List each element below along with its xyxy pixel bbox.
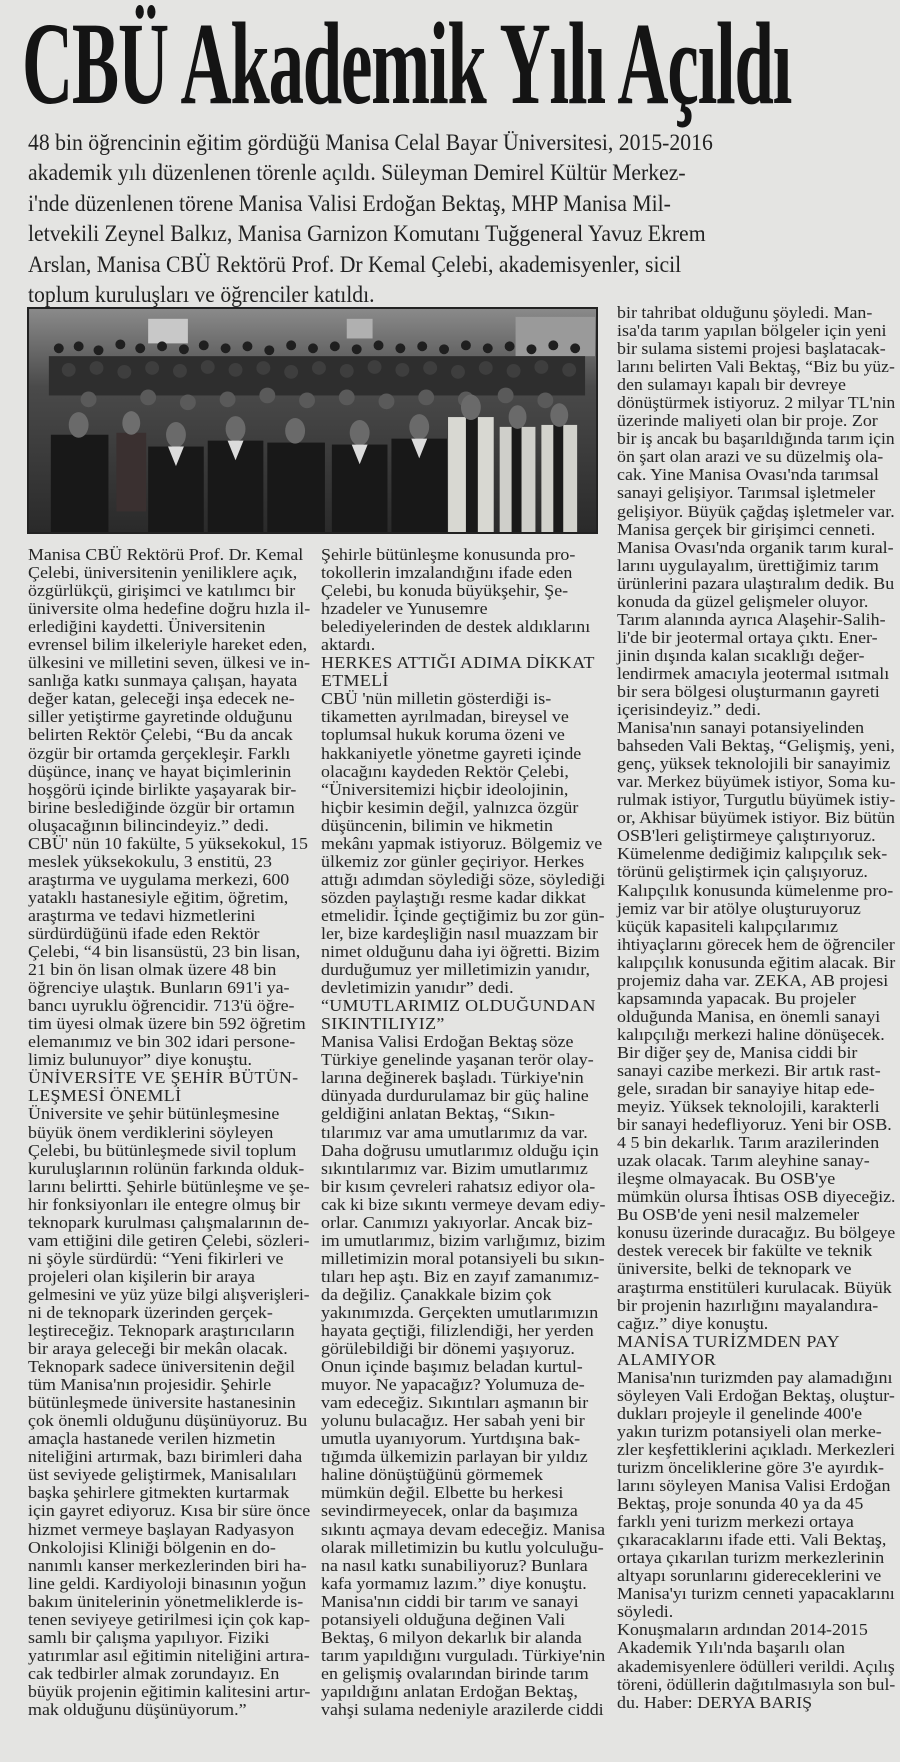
text-line: elemanımız ve bin 302 idari persone- [28, 1033, 333, 1051]
text-line: farklı yeni turizm merkezi ortaya [617, 1513, 900, 1531]
text-line: Teknopark sadece üniversitenin değil [28, 1358, 333, 1376]
text-line: larını uygulayalım, ürettiğimiz tarım [617, 557, 900, 575]
text-line: tim üyesi olmak üzere bin 592 öğretim [28, 1015, 333, 1033]
text-line: belediyelerinden de destek aldıklarını [321, 618, 628, 636]
text-line: CBÜ 'nün milletin gösterdiği is- [321, 690, 628, 708]
text-line: turizm önceliklerine göre 3'e ayırdık- [617, 1459, 900, 1477]
text-line: gelmesini ve yüz yüze bilgi alışverişler… [28, 1286, 323, 1304]
text-line: kuruluşlarının rolünün farkında olduk- [28, 1160, 333, 1178]
text-line: da değiliz. Çanakkale bizim çok [321, 1286, 628, 1304]
text-line: Çelebi, “4 bin lisansüstü, 23 bin lisan, [28, 943, 333, 961]
body-paragraph: Manisa CBÜ Rektörü Prof. Dr. KemalÇelebi… [28, 546, 310, 835]
text-line: “Üniversitemizi hiçbir ideolojinin, [321, 781, 628, 799]
text-line: 4 5 bin dekarlık. Tarım arazilerinden [617, 1134, 900, 1152]
lead-line: 48 bin öğrencinin eğitim gördüğü Manisa … [28, 128, 878, 158]
text-line: Manisa CBÜ Rektörü Prof. Dr. Kemal [28, 546, 333, 564]
text-line: yakınımızda. Gerçekten umutlarımızın [321, 1304, 628, 1322]
text-line: im umutlarımız, bizim varlığımız, bizim [321, 1232, 623, 1250]
text-line: bir sanayi hedefliyoruz. Yeni bir OSB. [617, 1116, 900, 1134]
text-line: ihtiyaçlarını görecek hem de öğrenciler [617, 936, 900, 954]
text-line: bahseden Vali Bektaş, “Gelişmiş, yeni, [617, 737, 900, 755]
body-paragraph: bir tahribat olduğunu şöyledi. Man-isa'd… [617, 304, 895, 719]
text-line: bir iş ancak bu başarıldığında tarım içi… [617, 430, 900, 448]
text-line: belirten Rektör Çelebi, “Bu da ancak [28, 726, 333, 744]
text-line: özgür bir ortamda gerçekleşir. Farklı [28, 745, 333, 763]
lead-line: i'nde düzenlenen törene Manisa Valisi Er… [28, 189, 878, 219]
text-line: söyleyen Vali Erdoğan Bektaş, oluştur- [617, 1387, 900, 1405]
text-line: kalıpçılığı merkezi haline dönüşecek. [617, 1026, 900, 1044]
text-line: araştırma enstitüleri kurulacak. Büyük [617, 1279, 900, 1297]
text-line: niteliğini artırmak, bazı birimleri daha [28, 1448, 333, 1466]
text-line: sanayi cazibe merkezi. Bir artık rast- [617, 1062, 900, 1080]
text-line: tılarımız var ama umutlarımız da var. [321, 1124, 628, 1142]
text-line: olarak milletimizin bu kutlu yolculuğu- [321, 1539, 628, 1557]
ceremony-photo [27, 307, 598, 534]
text-line: düşüncenin, bilimin ve hikmetin [321, 817, 628, 835]
text-line: den sulamayı kapalı bir devreye [617, 376, 900, 394]
column-middle: Şehirle bütünleşme konusunda pro-tokolle… [321, 546, 605, 1719]
text-line: gelişiyor. Büyük çağdaş işletmeler var. [617, 503, 900, 521]
text-line: tenen seviyeye getirilmesi için çok kap- [28, 1611, 329, 1629]
text-line: Çelebi, bu konuda büyükşehir, Şe- [321, 582, 628, 600]
text-line: vam edeceğiz. Sıkıntıları aşmanın bir [321, 1394, 628, 1412]
text-line: geldiğini anlatan Bektaş, “Sıkın- [321, 1105, 628, 1123]
text-line: cağız.” diye konuştu. [617, 1315, 900, 1333]
text-line: yakın turizm potansiyeli olan merke- [617, 1423, 900, 1441]
text-line: larını söyleyen Manisa Valisi Erdoğan [617, 1477, 900, 1495]
text-line: ÜNİVERSİTE VE ŞEHİR BÜTÜN- [28, 1069, 333, 1087]
text-line: limiz bulunuyor” diye konuştu. [28, 1051, 333, 1069]
text-line: konusu üzerinde duracağız. Bu bölgeye [617, 1224, 900, 1242]
text-line: görülebildiği bir dönemi yaşıyoruz. [321, 1340, 628, 1358]
text-line: teknopark kurulması çalışmalarının de- [28, 1214, 333, 1232]
text-line: bir araya geleceği bir mekân olacak. [28, 1340, 333, 1358]
text-line: lendirmek amacıyla jeotermal ısıtmalı [617, 665, 900, 683]
text-line: içerisindeyiz.” dedi. [617, 701, 900, 719]
text-line: vam ettiğini dile getiren Çelebi, sözler… [28, 1232, 328, 1250]
text-line: tığımda ülkemizin parlayan bir yıldız [321, 1448, 628, 1466]
text-line: Manisa Valisi Erdoğan Bektaş söze [321, 1033, 628, 1051]
body-paragraph: Konuşmaların ardından 2014-2015Akademik … [617, 1621, 895, 1711]
text-line: sevindirmeyecek, onlar da başımıza [321, 1502, 628, 1520]
text-line: akademisyenlere ödülleri verildi. Açılış [617, 1658, 900, 1676]
body-paragraph: Manisa'nın ciddi bir tarım ve sanayipota… [321, 1593, 605, 1719]
text-line: ETMELİ [321, 672, 628, 690]
text-line: attığı adımdan söylediği söze, söylediği [321, 871, 628, 889]
text-line: hzadeler ve Yunusemre [321, 600, 628, 618]
text-line: törünü geliştirmek için çalışıyoruz. [617, 863, 900, 881]
text-line: sözden paylaştığı resme kadar dikkat [321, 889, 628, 907]
text-line: haline dönüştüğünü görmemek [321, 1466, 628, 1484]
text-line: cak tedbirler almak zorundayız. En [28, 1665, 333, 1683]
text-line: 21 bin ön lisan olmak üzere 48 bin [28, 961, 333, 979]
text-line: aktardı. [321, 636, 628, 654]
text-line: düşünce, inanç ve hayat biçimlerinin [28, 763, 333, 781]
section-heading: MANİSA TURİZMDEN PAYALAMIYOR [617, 1333, 895, 1369]
text-line: üniversite, belki de teknopark ve [617, 1260, 900, 1278]
text-line: samlı bir çalışma yapılıyor. Fiziki [28, 1629, 333, 1647]
text-line: ler, bize kardeşliğin nasıl muazzam bir [321, 925, 628, 943]
text-line: Manisa'nın sanayi potansiyelinden [617, 719, 900, 737]
text-line: konuda da güzel gelişmeler oluyor. [617, 593, 900, 611]
text-line: oluşacağının bilincindeyiz.” dedi. [28, 817, 333, 835]
text-line: yatırımlar asıl eğitimin niteliğini artı… [28, 1647, 333, 1665]
text-line: ürünlerini pazara ulaştıralım dedik. Bu [617, 575, 900, 593]
text-line: bir sera bölgesi oluşturmanın gayreti [617, 683, 900, 701]
text-line: evrensel bilim ilkeleriyle hareket eden, [28, 636, 333, 654]
ceremony-photo-image [29, 309, 596, 532]
text-line: Üniversite ve şehir bütünleşmesine [28, 1105, 333, 1123]
text-line: dukları projeyle il genelinde 400'e [617, 1405, 900, 1423]
text-line: Manisa gerçek bir girişimci cenneti. [617, 521, 900, 539]
text-line: Manisa Ovası'nda organik tarım kural- [617, 539, 900, 557]
text-line: meyiz. Yüksek teknolojili, karakterli [617, 1098, 900, 1116]
text-line: jinin dışında kalan sıcaklığı değer- [617, 647, 900, 665]
text-line: “UMUTLARIMIZ OLDUĞUNDAN [321, 997, 628, 1015]
text-line: öğrenciye ulaştık. Bunların 691'i ya- [28, 979, 333, 997]
text-line: CBÜ' nün 10 fakülte, 5 yüksekokul, 15 [28, 835, 333, 853]
text-line: vahşi sulama nedeniyle arazilerde ciddi [321, 1701, 628, 1719]
text-line: üniversite olma hedefine doğru hızla il- [28, 600, 332, 618]
text-line: MANİSA TURİZMDEN PAY [617, 1333, 900, 1351]
body-paragraph: CBÜ' nün 10 fakülte, 5 yüksekokul, 15mes… [28, 835, 310, 1070]
body-paragraph: Manisa Valisi Erdoğan Bektaş sözeTürkiye… [321, 1033, 605, 1592]
body-paragraph: CBÜ 'nün milletin gösterdiği is-tikamett… [321, 690, 605, 997]
text-line: araştırma ve uygulama merkezi, 600 [28, 871, 333, 889]
text-line: zler keşfettiklerini açıkladı. Merkezler… [617, 1441, 900, 1459]
text-line: çok önemli olduğunu düşünüyoruz. Bu [28, 1412, 333, 1430]
text-line: Manisa'yı turizm cenneti yapacaklarını [617, 1585, 900, 1603]
text-line: li'de bir jeotermal ortaya çıktı. Ener- [617, 629, 900, 647]
text-line: Çelebi, bu bütünleşmede sivil toplum [28, 1142, 333, 1160]
text-line: ülkesini ve milletini seven, ülkesi ve i… [28, 654, 328, 672]
text-line: Onkolojisi Kliniği bölgenin en do- [28, 1539, 333, 1557]
body-paragraph: Manisa'nın turizmden pay alamadığınısöyl… [617, 1369, 895, 1622]
column-left: Manisa CBÜ Rektörü Prof. Dr. KemalÇelebi… [28, 546, 310, 1719]
lead-line: Arslan, Manisa CBÜ Rektörü Prof. Dr Kema… [28, 250, 878, 280]
text-line: jemiz var bir atölye oluşturuyoruz [617, 900, 900, 918]
text-line: Bektaş, proje sonunda 40 ya da 45 [617, 1495, 900, 1513]
text-line: kalıpçılık konusunda eğitim alacak. Bir [617, 954, 900, 972]
text-line: bütünleşmede üniversite hastanesinin [28, 1394, 333, 1412]
text-line: ni şöyle sürdürdü: “Yeni fikirleri ve [28, 1250, 333, 1268]
section-heading: “UMUTLARIMIZ OLDUĞUNDANSIKINTILIYIZ” [321, 997, 605, 1033]
text-line: bir sulama sistemi projesi başlatacak- [617, 340, 900, 358]
text-line: olacağını kaydeden Rektör Çelebi, [321, 763, 628, 781]
text-line: araştırma ve tedavi hizmetlerini [28, 907, 333, 925]
text-line: larına değinerek başladı. Türkiye'nin [321, 1069, 628, 1087]
text-line: isa'da tarım yapılan bölgeler için yeni [617, 322, 900, 340]
text-line: nanımlı kanser merkezlerinden biri ha- [28, 1557, 333, 1575]
text-line: üst seviyede geliştirmek, Manisalıları [28, 1466, 333, 1484]
text-line: potansiyeli olduğuna değinen Vali [321, 1611, 628, 1629]
text-line: söyledi. [617, 1603, 900, 1621]
text-line: tokollerin imzalandığını ifade eden [321, 564, 628, 582]
text-line: Konuşmaların ardından 2014-2015 [617, 1621, 900, 1639]
text-line: Çelebi, üniversitenin yeniliklere açık, [28, 564, 333, 582]
text-line: birine beslediğinde özgür bir ortamın [28, 799, 333, 817]
text-line: ALAMIYOR [617, 1351, 900, 1369]
text-line: ön şart olan arazi ve su düzelmiş ola- [617, 448, 900, 466]
text-line: destek verecek bir fakülte ve teknik [617, 1242, 900, 1260]
headline: CBÜ Akademik Yılı Açıldı [22, 8, 622, 120]
text-line: çıkaracaklarını ifade etti. Vali Bektaş, [617, 1531, 900, 1549]
text-line: larını belirtti. Şehirle bütünleşme ve ş… [28, 1178, 330, 1196]
text-line: milletimizin moral potansiyeli bu sıkın- [321, 1250, 627, 1268]
text-line: Kalıpçılık konusunda kümelenme pro- [617, 882, 900, 900]
text-line: Manisa'nın turizmden pay alamadığını [617, 1369, 900, 1387]
section-heading: HERKES ATTIĞI ADIMA DİKKATETMELİ [321, 654, 605, 690]
text-line: devletimizin yanıdır” dedi. [321, 979, 628, 997]
text-line: bir kısım çevreleri rahatsız ediyor ola- [321, 1178, 628, 1196]
body-paragraph: Manisa'nın sanayi potansiyelindenbahsede… [617, 719, 895, 1333]
text-line: kafa yormamız lazım.” diye konuştu. [321, 1575, 628, 1593]
lead-line: letvekili Zeynel Balkız, Manisa Garnizon… [28, 219, 878, 249]
text-line: olduğunda Manisa, en önemli sanayi [617, 1008, 900, 1026]
text-line: LEŞMESİ ÖNEMLİ [28, 1087, 333, 1105]
text-line: büyük projenin eğitimin kalitesini artır… [28, 1683, 332, 1701]
text-line: bir tahribat olduğunu şöyledi. Man- [617, 304, 900, 322]
text-line: amaçla hastanede verilen hizmetin [28, 1430, 333, 1448]
body-paragraph: Üniversite ve şehir bütünleşmesinebüyük … [28, 1105, 310, 1719]
text-line: bakım ünitelerinin yönetmeliklerde is- [28, 1593, 333, 1611]
text-line: üzerinde maliyeti olan bir proje. Zor [617, 412, 900, 430]
text-line: na nasıl katkı sunabiliyoruz? Bunlara [321, 1557, 628, 1575]
text-line: sanlığa katkı sunmaya çalışan, hayata [28, 672, 333, 690]
text-line: için gayret ediyoruz. Kısa bir süre önce [28, 1502, 333, 1520]
text-line: Bir diğer şey de, Manisa ciddi bir [617, 1044, 900, 1062]
text-line: ortaya çıkarılan turizm merkezlerinin [617, 1549, 900, 1567]
text-line: değer katan, geleceği inşa edecek ne- [28, 690, 333, 708]
text-line: Kümelenme dediğimiz kalıpçılık sek- [617, 845, 900, 863]
text-line: projemiz daha var. ZEKA, AB projesi [617, 972, 900, 990]
text-line: Bu OSB'de yeni nesil malzemeler [617, 1206, 900, 1224]
text-line: altyapı sorunlarını gidereceklerini ve [617, 1567, 900, 1585]
text-line: yolunu bulacağız. Her sabah yeni bir [321, 1412, 628, 1430]
section-heading: ÜNİVERSİTE VE ŞEHİR BÜTÜN-LEŞMESİ ÖNEMLİ [28, 1069, 310, 1105]
text-line: genç, yüksek teknolojili bir sanayimiz [617, 755, 900, 773]
text-line: ileşme olmayacak. Bu OSB'ye [617, 1170, 900, 1188]
text-line: sıkıntılarımız var. Bizim umutlarımız [321, 1160, 628, 1178]
text-line: tarım yapıldığını vurguladı. Türkiye'nin [321, 1647, 628, 1665]
text-line: Manisa'nın ciddi bir tarım ve sanayi [321, 1593, 628, 1611]
text-line: cak ki bize sıkıntı vermeye devam ediy- [321, 1196, 625, 1214]
text-line: mekânı yapmak istiyoruz. Bölgemiz ve [321, 835, 628, 853]
text-line: HERKES ATTIĞI ADIMA DİKKAT [321, 654, 628, 672]
text-line: sanayi gelişiyor. Tarımsal işletmeler [617, 484, 900, 502]
text-line: sıkıntı açmaya devam edeceğiz. Manisa [321, 1521, 627, 1539]
text-line: yapıldığını anlatan Erdoğan Bektaş, [321, 1683, 628, 1701]
text-line: dönüştürmek istiyoruz. 2 milyar TL'nin [617, 394, 900, 412]
text-line: du. Haber: DERYA BARIŞ [617, 1694, 900, 1712]
text-line: siller yetiştirme gayretinde olduğunu [28, 708, 333, 726]
text-line: sürdürdüğünü ifade eden Rektör [28, 925, 333, 943]
text-line: Şehirle bütünleşme konusunda pro- [321, 546, 628, 564]
text-line: erlediğini kaydetti. Üniversitenin [28, 618, 333, 636]
lead-paragraph: 48 bin öğrencinin eğitim gördüğü Manisa … [28, 128, 878, 310]
text-line: tikametten ayrılmadan, bireysel ve [321, 708, 628, 726]
text-line: küçük kapasiteli kalıpçılarımız [617, 918, 900, 936]
column-right: bir tahribat olduğunu şöyledi. Man-isa'd… [617, 304, 895, 1712]
text-line: yataklı hastanesiyle eğitim, öğretim, [28, 889, 333, 907]
text-line: muyor. Ne yapacağız? Yolumuza de- [321, 1376, 628, 1394]
text-line: en gelişmiş ovalarından birinde tarım [321, 1665, 628, 1683]
text-line: hoşgörü içinde birlikte yaşayarak bir- [28, 781, 333, 799]
text-line: hizmet vermeye başlayan Radyasyon [28, 1521, 333, 1539]
text-line: Tarım alanında ayrıca Alaşehir-Salih- [617, 611, 900, 629]
text-line: tüm Manisa'nın projesidir. Şehirle [28, 1376, 333, 1394]
text-line: hakkaniyetle yönetme gayreti içinde [321, 745, 628, 763]
text-line: bancı uyruklu öğrencidir. 713'ü öğre- [28, 997, 333, 1015]
lead-line: akademik yılı düzenlenen törenle açıldı.… [28, 158, 878, 188]
text-line: gele, sıradan bir sanayiye hitap ede- [617, 1080, 900, 1098]
text-line: ni de teknopark üzerinden gerçek- [28, 1304, 333, 1322]
text-line: projeleri olan kişilerin bir araya [28, 1268, 333, 1286]
text-line: hiçbir kesimin değil, yalnızca özgür [321, 799, 628, 817]
text-line: büyük önem verdiklerini söyleyen [28, 1124, 333, 1142]
text-line: dünyada durdurulamaz bir güç haline [321, 1087, 628, 1105]
text-line: etmelidir. İçinde geçtiğimiz bu zor gün- [321, 907, 627, 925]
text-line: Türkiye genelinde yaşanan terör olay- [321, 1051, 628, 1069]
text-line: hir fonksiyonları ile entegre olmuş bir [28, 1196, 333, 1214]
text-line: mak olduğunu düşünüyorum.” [28, 1701, 333, 1719]
text-line: Onun içinde başımız beladan kurtul- [321, 1358, 628, 1376]
text-line: larını belirten Vali Bektaş, “Biz bu yüz… [617, 358, 900, 376]
text-line: ülkemiz zor günler geçiriyor. Herkes [321, 853, 628, 871]
text-line: orlar. Canımızı yakıyorlar. Ancak biz- [321, 1214, 628, 1232]
text-line: or, Akhisar büyümek istiyor. Biz bütün [617, 809, 900, 827]
text-line: var. Merkez büyümek istiyor, Soma ku- [617, 773, 900, 791]
text-line: mümkün olursa İhtisas OSB diyeceğiz. [617, 1188, 900, 1206]
text-line: töreni, ödüllerin dağıtılmasıyla son bul… [617, 1676, 900, 1694]
text-line: OSB'leri geliştirmeye çalıştırıyoruz. [617, 827, 900, 845]
text-line: toplumsal hukuk koruma özeni ve [321, 726, 628, 744]
text-line: rulmak istiyor, Turgutlu büyümek istiy- [617, 791, 900, 809]
text-line: kapsamında yapacak. Bu projeler [617, 990, 900, 1008]
text-line: meslek yüksekokulu, 3 enstitü, 23 [28, 853, 333, 871]
text-line: SIKINTILIYIZ” [321, 1015, 628, 1033]
text-line: umutla uyanıyorum. Yurtdışına bak- [321, 1430, 628, 1448]
text-line: durduğumuz yer milletimizin yanıdır, [321, 961, 628, 979]
text-line: leştireceğiz. Teknopark araştırıcıların [28, 1322, 333, 1340]
text-line: uzak olacak. Tarım aleyhine sanay- [617, 1152, 900, 1170]
text-line: mümkün değil. Elbette bu herkesi [321, 1484, 628, 1502]
text-line: bir projenin hazırlığını mayalandıra- [617, 1297, 900, 1315]
text-line: cak. Yine Manisa Ovası'nda tarımsal [617, 466, 900, 484]
text-line: hayata geçtiği, filizlendiği, her yerden [321, 1322, 628, 1340]
text-line: Bektaş, 6 milyon dekarlık bir alanda [321, 1629, 628, 1647]
body-paragraph: Şehirle bütünleşme konusunda pro-tokolle… [321, 546, 605, 654]
text-line: nimet olduğunu daha iyi öğretti. Bizim [321, 943, 628, 961]
text-line: Akademik Yılı'nda başarılı olan [617, 1639, 900, 1657]
text-line: line geldi. Kardiyoloji binasının yoğun [28, 1575, 333, 1593]
text-line: özgürlükçü, girişimci ve katılımcı bir [28, 582, 333, 600]
text-line: başka şehirlere gitmekten kurtarmak [28, 1484, 333, 1502]
text-line: tıları hep aştı. Biz en zayıf zamanımız- [321, 1268, 628, 1286]
text-line: Daha doğrusu umutlarımız olduğu için [321, 1142, 628, 1160]
